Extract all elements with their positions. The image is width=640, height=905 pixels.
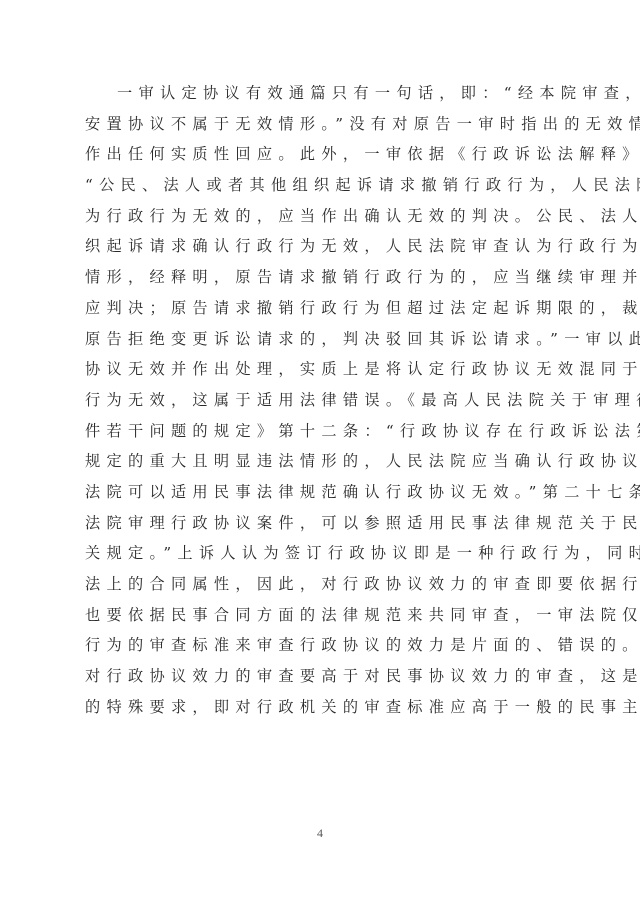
text-line: 协议无效并作出处理，实质上是将认定行政协议无效混同于一般的行政 — [85, 354, 560, 385]
text-line: 为行政行为无效的，应当作出确认无效的判决。公民、法人或者其他组 — [85, 201, 560, 232]
text-line: 行为无效，这属于适用法律错误。《最高人民法院关于审理行政协议案 — [85, 385, 560, 416]
text-line: “公民、法人或者其他组织起诉请求撤销行政行为，人民法院经审查认 — [85, 170, 560, 201]
text-line: 法上的合同属性，因此，对行政协议效力的审查即要依据行政法律规范， — [85, 569, 560, 600]
text-line: 的特殊要求，即对行政机关的审查标准应高于一般的民事主体。 — [85, 692, 560, 723]
text-line: 安置协议不属于无效情形。”没有对原告一审时指出的无效情形及理由 — [85, 109, 560, 140]
text-line: 法院可以适用民事法律规范确认行政协议无效。”第二十七条：“人民 — [85, 477, 560, 508]
text-line: 规定的重大且明显违法情形的，人民法院应当确认行政协议无效。人民 — [85, 446, 560, 477]
document-page: 一审认定协议有效通篇只有一句话，即：“经本院审查，118号补偿 安置协议不属于无… — [0, 0, 640, 905]
text-line: 情形，经释明，原告请求撤销行政行为的，应当继续审理并依法作出相 — [85, 262, 560, 293]
text-line: 原告拒绝变更诉讼请求的，判决驳回其诉讼请求。”一审以此规定认定 — [85, 324, 560, 355]
page-number: 4 — [0, 826, 640, 841]
text-line: 也要依据民事合同方面的法律规范来共同审查，一审法院仅按一般行政 — [85, 600, 560, 631]
text-line: 关规定。”上诉人认为签订行政协议即是一种行政行为，同时也具有民 — [85, 538, 560, 569]
text-line: 织起诉请求确认行政行为无效，人民法院审查认为行政行为不属于无效 — [85, 231, 560, 262]
text-line: 件若干问题的规定》第十二条：“行政协议存在行政诉讼法第七十五条 — [85, 416, 560, 447]
text-line: 一审认定协议有效通篇只有一句话，即：“经本院审查，118号补偿 — [85, 78, 560, 109]
text-line: 作出任何实质性回应。此外，一审依据《行政诉讼法解释》第九十四条： — [85, 139, 560, 170]
text-line: 对行政协议效力的审查要高于对民事协议效力的审查，这是对行政机关 — [85, 661, 560, 692]
body-paragraph: 一审认定协议有效通篇只有一句话，即：“经本院审查，118号补偿 安置协议不属于无… — [85, 78, 560, 722]
text-line: 行为的审查标准来审查行政协议的效力是片面的、错误的。从理论上讲 — [85, 630, 560, 661]
text-line: 法院审理行政协议案件，可以参照适用民事法律规范关于民事合同的相 — [85, 508, 560, 539]
text-line: 应判决；原告请求撤销行政行为但超过法定起诉期限的，裁定驳回起诉； — [85, 293, 560, 324]
